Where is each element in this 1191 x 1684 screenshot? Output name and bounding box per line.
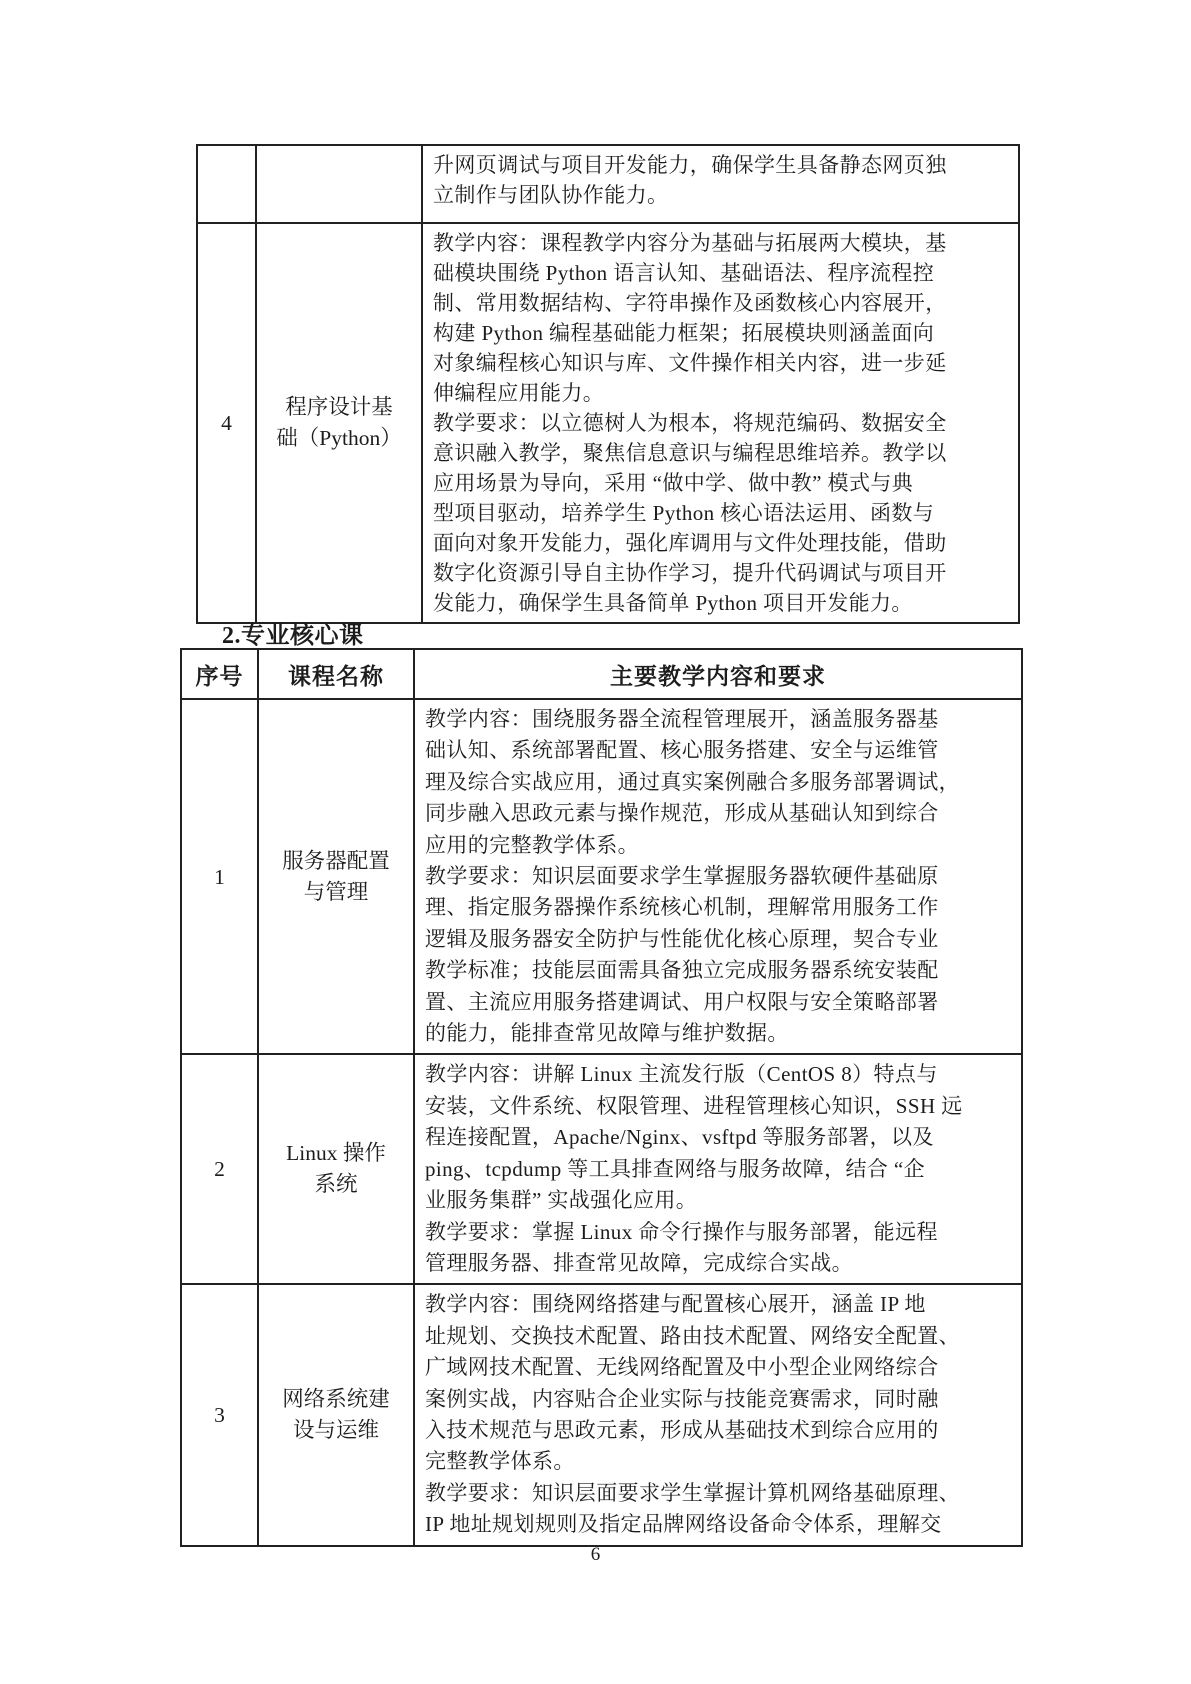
row-number-cell: 1 — [181, 699, 258, 1054]
course-content-text: 教学内容：围绕服务器全流程管理展开，涵盖服务器基 础认知、系统部署配置、核心服务… — [415, 700, 1021, 1053]
course-content-cell: 教学内容：围绕服务器全流程管理展开，涵盖服务器基 础认知、系统部署配置、核心服务… — [414, 699, 1022, 1054]
course-name-cell: 服务器配置 与管理 — [258, 699, 414, 1054]
course-content-text: 升网页调试与项目开发能力，确保学生具备静态网页独 立制作与团队协作能力。 — [423, 146, 1018, 214]
header-course-name: 课程名称 — [258, 649, 414, 699]
section-heading: 2.专业核心课 — [222, 615, 364, 650]
course-content-text: 教学内容：围绕网络搭建与配置核心展开，涵盖 IP 地 址规划、交换技术配置、路由… — [415, 1285, 1021, 1544]
row-number-cell — [197, 145, 256, 223]
course-name-cell: 程序设计基 础（Python） — [256, 223, 422, 623]
course-content-cell: 教学内容：讲解 Linux 主流发行版（CentOS 8）特点与 安装，文件系统… — [414, 1054, 1022, 1284]
course-name-cell: Linux 操作 系统 — [258, 1054, 414, 1284]
course-content-text: 教学内容：讲解 Linux 主流发行版（CentOS 8）特点与 安装，文件系统… — [415, 1055, 1021, 1283]
header-serial-number: 序号 — [181, 649, 258, 699]
document-page: 升网页调试与项目开发能力，确保学生具备静态网页独 立制作与团队协作能力。 4 程… — [0, 0, 1191, 1684]
table-row: 1 服务器配置 与管理 教学内容：围绕服务器全流程管理展开，涵盖服务器基 础认知… — [181, 699, 1022, 1054]
table-row: 2 Linux 操作 系统 教学内容：讲解 Linux 主流发行版（CentOS… — [181, 1054, 1022, 1284]
table-header-row: 序号 课程名称 主要教学内容和要求 — [181, 649, 1022, 699]
course-name-cell — [256, 145, 422, 223]
course-content-cell: 升网页调试与项目开发能力，确保学生具备静态网页独 立制作与团队协作能力。 — [422, 145, 1019, 223]
row-number-cell: 4 — [197, 223, 256, 623]
course-name-cell: 网络系统建 设与运维 — [258, 1284, 414, 1545]
core-course-table: 序号 课程名称 主要教学内容和要求 1 服务器配置 与管理 教学内容：围绕服务器… — [180, 648, 1023, 1547]
row-number-cell: 2 — [181, 1054, 258, 1284]
table-row: 升网页调试与项目开发能力，确保学生具备静态网页独 立制作与团队协作能力。 — [197, 145, 1019, 223]
table-row: 3 网络系统建 设与运维 教学内容：围绕网络搭建与配置核心展开，涵盖 IP 地 … — [181, 1284, 1022, 1545]
course-content-text: 教学内容：课程教学内容分为基础与拓展两大模块，基 础模块围绕 Python 语言… — [423, 224, 1018, 622]
course-content-cell: 教学内容：课程教学内容分为基础与拓展两大模块，基 础模块围绕 Python 语言… — [422, 223, 1019, 623]
table-row: 4 程序设计基 础（Python） 教学内容：课程教学内容分为基础与拓展两大模块… — [197, 223, 1019, 623]
row-number-cell: 3 — [181, 1284, 258, 1545]
header-main-content: 主要教学内容和要求 — [414, 649, 1022, 699]
course-content-cell: 教学内容：围绕网络搭建与配置核心展开，涵盖 IP 地 址规划、交换技术配置、路由… — [414, 1284, 1022, 1545]
basic-course-table: 升网页调试与项目开发能力，确保学生具备静态网页独 立制作与团队协作能力。 4 程… — [196, 144, 1020, 624]
page-number: 6 — [0, 1544, 1191, 1566]
